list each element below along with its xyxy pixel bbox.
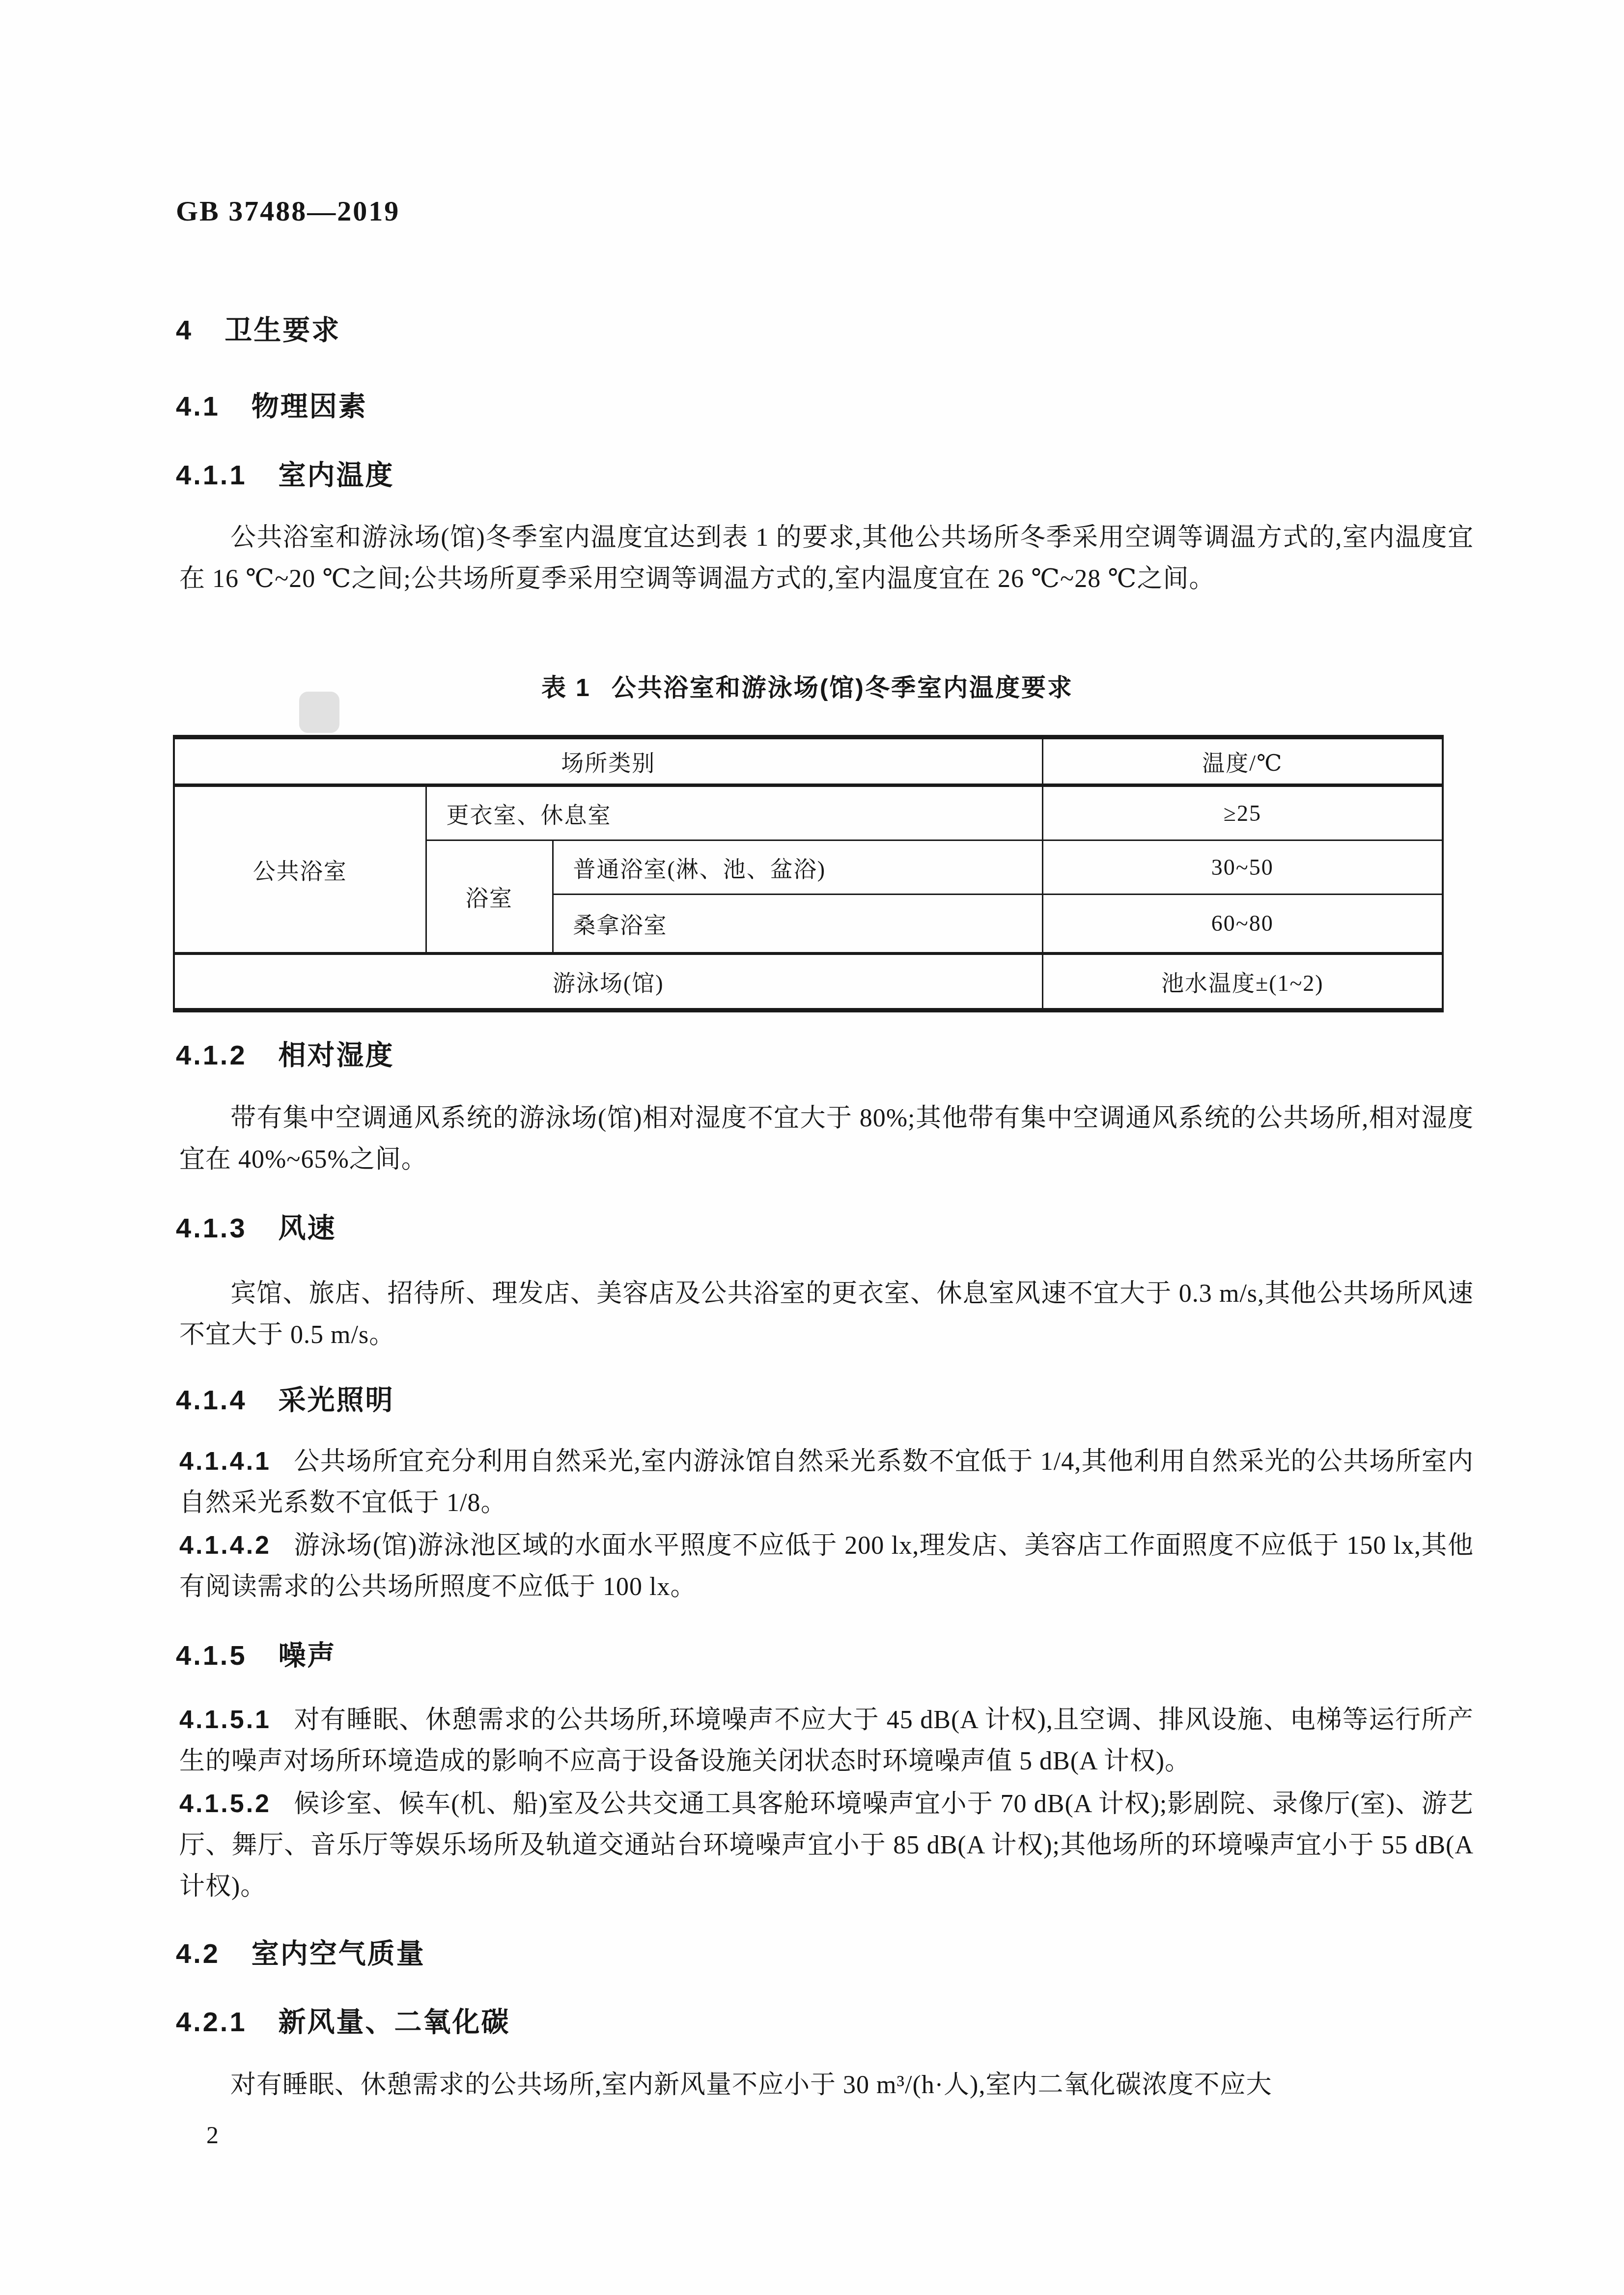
table-1-caption-label: 表 1 bbox=[541, 674, 591, 701]
clause-4-1-4-1-number: 4.1.4.1 bbox=[179, 1447, 271, 1476]
paragraph-4-2-1: 对有睡眠、休憩需求的公共场所,室内新风量不应小于 30 m³/(h·人),室内二… bbox=[179, 2065, 1474, 2106]
table-1-caption-title: 公共浴室和游泳场(馆)冬季室内温度要求 bbox=[612, 674, 1073, 701]
clause-4-1-4-2: 4.1.4.2游泳场(馆)游泳池区域的水面水平照度不应低于 200 lx,理发店… bbox=[179, 1525, 1474, 1608]
heading-4-1-1: 4.1.1室内温度 bbox=[176, 460, 1473, 490]
doc-number: GB 37488—2019 bbox=[176, 196, 400, 226]
cell-ordinary-bath-temp: 30~50 bbox=[1042, 840, 1443, 895]
heading-4-1-5-number: 4.1.5 bbox=[176, 1641, 247, 1670]
heading-4-2-title: 室内空气质量 bbox=[252, 1938, 425, 1969]
heading-4-1-4-number: 4.1.4 bbox=[176, 1385, 247, 1415]
heading-4-1-3-title: 风速 bbox=[279, 1212, 336, 1243]
heading-4-1: 4.1物理因素 bbox=[176, 392, 1473, 421]
column-header-venue-category: 场所类别 bbox=[174, 737, 1042, 785]
table-row-header: 场所类别 温度/℃ bbox=[174, 737, 1443, 785]
heading-4-1-2: 4.1.2相对湿度 bbox=[176, 1040, 1473, 1070]
column-header-temperature: 温度/℃ bbox=[1042, 737, 1443, 785]
heading-4-1-4: 4.1.4采光照明 bbox=[176, 1385, 1473, 1415]
clause-4-1-4-2-number: 4.1.4.2 bbox=[179, 1531, 271, 1560]
cell-changing-rest-room-temp: ≥25 bbox=[1042, 785, 1443, 840]
clause-4-1-5-2-text: 候诊室、候车(机、船)室及公共交通工具客舱环境噪声宜小于 70 dB(A 计权)… bbox=[179, 1790, 1474, 1901]
table-row: 游泳场(馆) 池水温度±(1~2) bbox=[174, 953, 1443, 1010]
table-1: 场所类别 温度/℃ 公共浴室 更衣室、休息室 ≥25 浴室 普通浴室(淋、池、盆… bbox=[173, 735, 1444, 1012]
heading-4: 4卫生要求 bbox=[176, 315, 1473, 345]
paragraph-4-1-1: 公共浴室和游泳场(馆)冬季室内温度宜达到表 1 的要求,其他公共场所冬季采用空调… bbox=[179, 517, 1474, 600]
heading-4-1-1-title: 室内温度 bbox=[279, 459, 394, 490]
clause-4-1-5-1-number: 4.1.5.1 bbox=[179, 1706, 271, 1734]
page-number: 2 bbox=[206, 2120, 219, 2150]
heading-4-1-5-title: 噪声 bbox=[279, 1640, 336, 1671]
table-1-caption: 表 1公共浴室和游泳场(馆)冬季室内温度要求 bbox=[173, 673, 1442, 702]
document-page: GB 37488—2019 4卫生要求 4.1物理因素 4.1.1室内温度 公共… bbox=[0, 0, 1624, 2295]
heading-4-number: 4 bbox=[176, 315, 193, 345]
cell-bathroom-group: 浴室 bbox=[426, 840, 553, 953]
heading-4-2: 4.2室内空气质量 bbox=[176, 1939, 1473, 1968]
heading-4-1-2-title: 相对湿度 bbox=[279, 1039, 394, 1070]
cell-ordinary-bath: 普通浴室(淋、池、盆浴) bbox=[553, 840, 1042, 895]
cell-swimming-pool: 游泳场(馆) bbox=[174, 953, 1042, 1010]
heading-4-1-3-number: 4.1.3 bbox=[176, 1213, 247, 1243]
clause-4-1-4-1-text: 公共场所宜充分利用自然采光,室内游泳馆自然采光系数不宜低于 1/4,其他利用自然… bbox=[179, 1448, 1474, 1517]
clause-4-1-5-1: 4.1.5.1对有睡眠、休憩需求的公共场所,环境噪声不应大于 45 dB(A 计… bbox=[179, 1699, 1474, 1782]
clause-4-1-5-2-number: 4.1.5.2 bbox=[179, 1790, 271, 1818]
cell-public-bath-group: 公共浴室 bbox=[174, 785, 426, 953]
heading-4-2-1: 4.2.1新风量、二氧化碳 bbox=[176, 2007, 1473, 2037]
heading-4-2-1-title: 新风量、二氧化碳 bbox=[279, 2006, 510, 2037]
heading-4-1-3: 4.1.3风速 bbox=[176, 1213, 1473, 1243]
clause-4-1-5-2: 4.1.5.2候诊室、候车(机、船)室及公共交通工具客舱环境噪声宜小于 70 d… bbox=[179, 1783, 1474, 1907]
heading-4-1-1-number: 4.1.1 bbox=[176, 460, 247, 490]
clause-4-1-5-1-text: 对有睡眠、休憩需求的公共场所,环境噪声不应大于 45 dB(A 计权),且空调、… bbox=[179, 1706, 1474, 1775]
heading-4-1-5: 4.1.5噪声 bbox=[176, 1641, 1473, 1670]
clause-4-1-4-2-text: 游泳场(馆)游泳池区域的水面水平照度不应低于 200 lx,理发店、美容店工作面… bbox=[179, 1532, 1474, 1601]
cell-sauna-bath-temp: 60~80 bbox=[1042, 895, 1443, 953]
cell-changing-rest-room: 更衣室、休息室 bbox=[426, 785, 1042, 840]
cell-sauna-bath: 桑拿浴室 bbox=[553, 895, 1042, 953]
heading-4-1-4-title: 采光照明 bbox=[279, 1384, 394, 1415]
clause-4-1-4-1: 4.1.4.1公共场所宜充分利用自然采光,室内游泳馆自然采光系数不宜低于 1/4… bbox=[179, 1441, 1474, 1524]
cell-swimming-pool-temp: 池水温度±(1~2) bbox=[1042, 953, 1443, 1010]
heading-4-2-number: 4.2 bbox=[176, 1939, 220, 1968]
heading-4-1-title: 物理因素 bbox=[252, 391, 367, 421]
paragraph-4-1-3: 宾馆、旅店、招待所、理发店、美容店及公共浴室的更衣室、休息室风速不宜大于 0.3… bbox=[179, 1273, 1474, 1356]
table-row: 公共浴室 更衣室、休息室 ≥25 bbox=[174, 785, 1443, 840]
heading-4-2-1-number: 4.2.1 bbox=[176, 2007, 247, 2037]
paragraph-4-1-2: 带有集中空调通风系统的游泳场(馆)相对湿度不宜大于 80%;其他带有集中空调通风… bbox=[179, 1098, 1474, 1180]
heading-4-1-2-number: 4.1.2 bbox=[176, 1040, 247, 1070]
scan-smudge-artifact bbox=[299, 692, 339, 733]
heading-4-title: 卫生要求 bbox=[224, 314, 340, 345]
heading-4-1-number: 4.1 bbox=[176, 392, 220, 421]
